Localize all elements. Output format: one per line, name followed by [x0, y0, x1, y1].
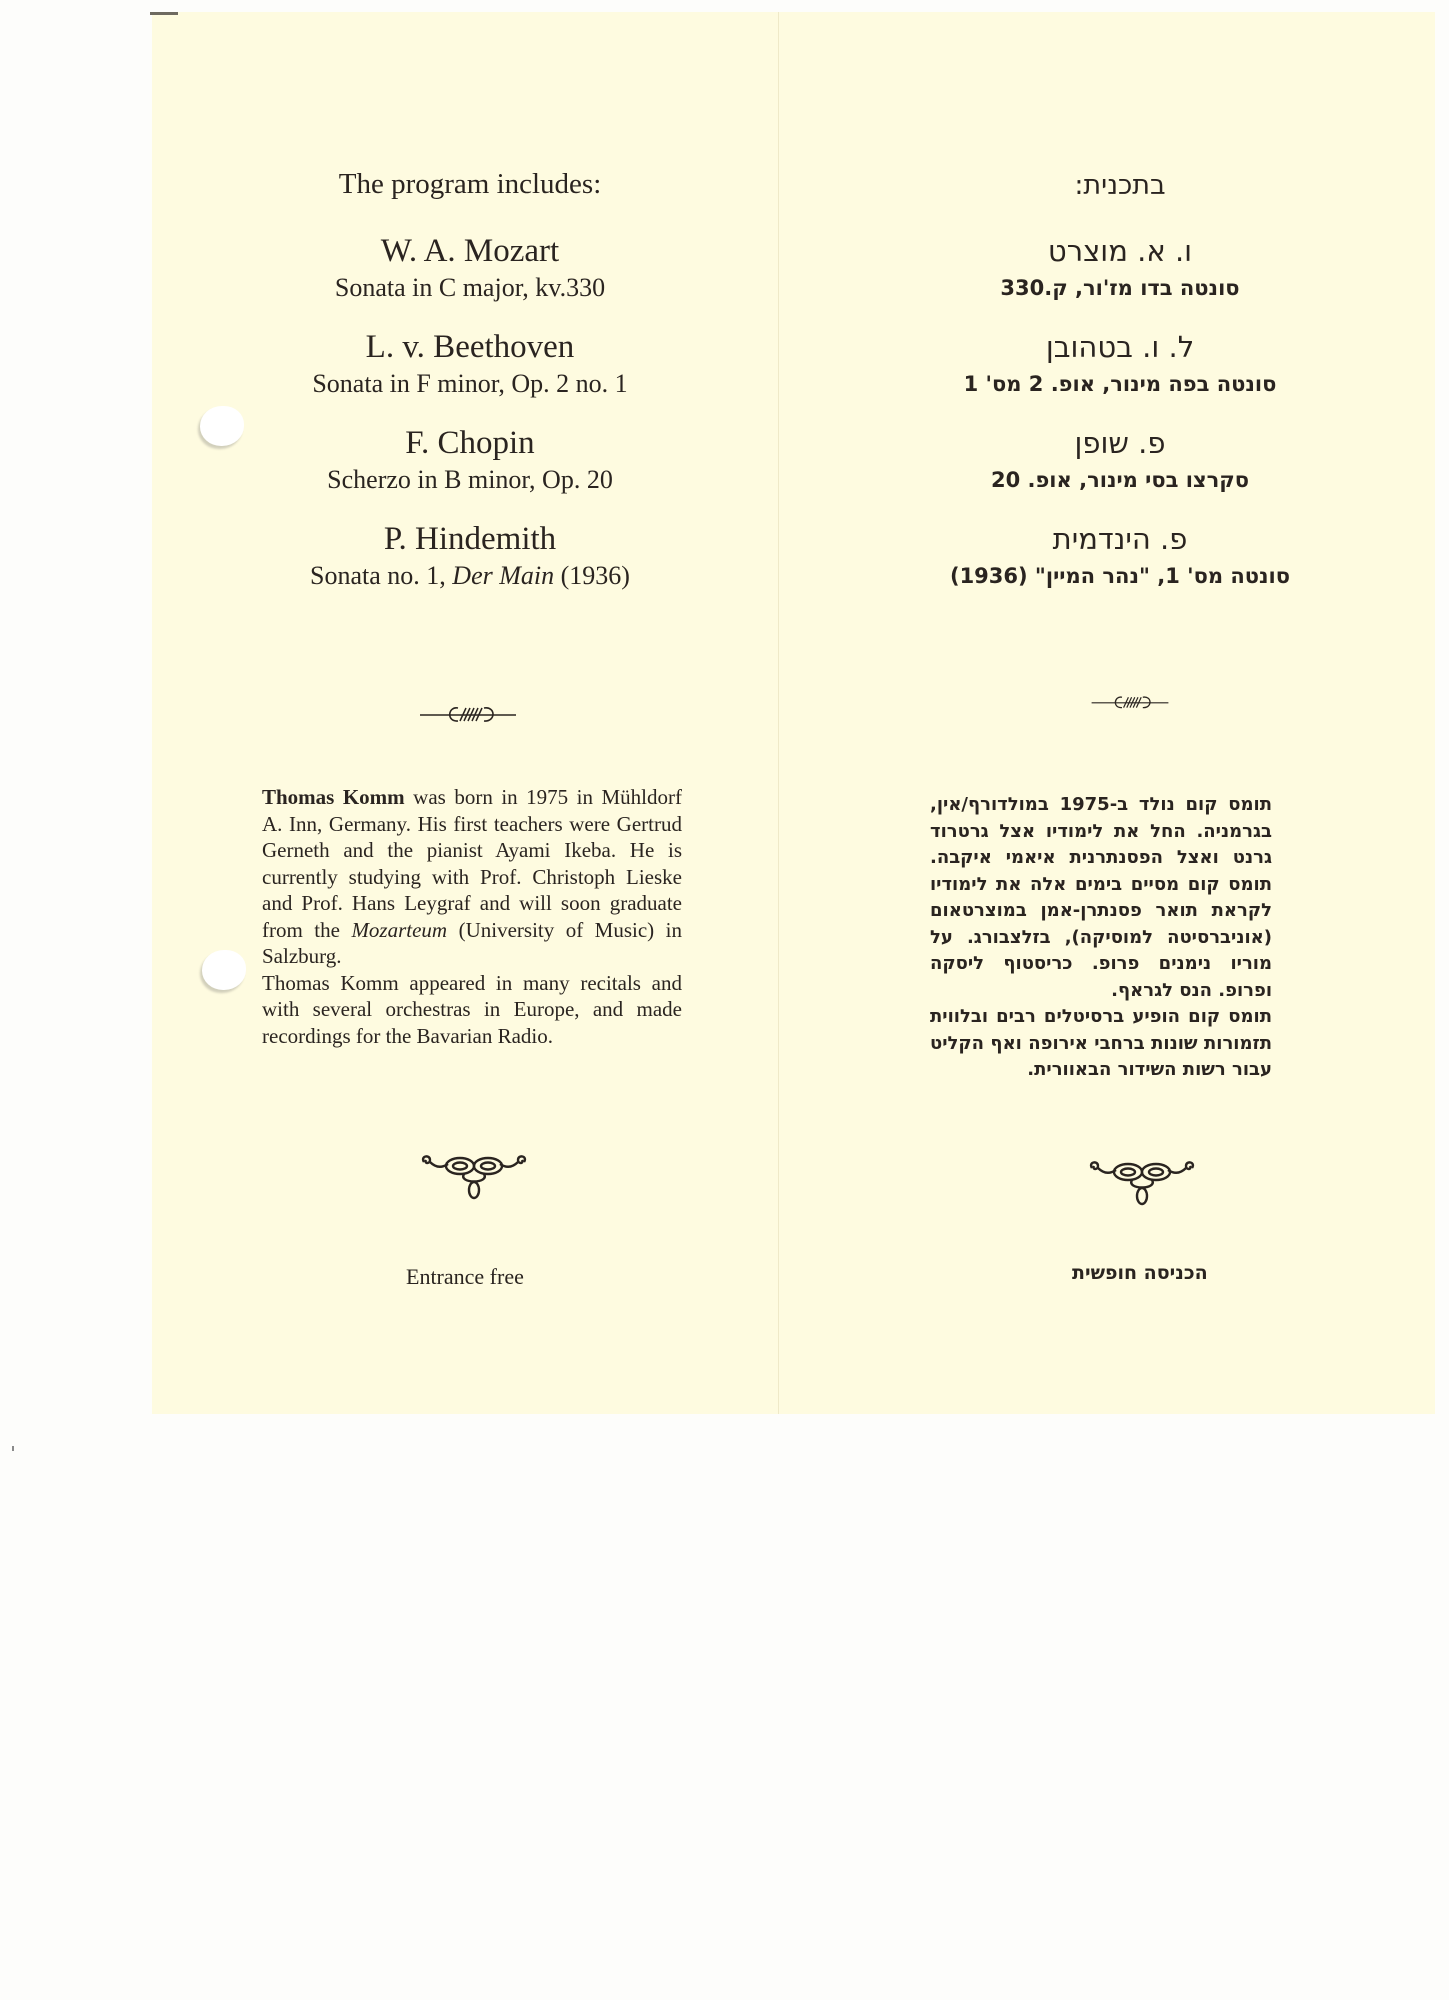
composer-name: פ. הינדמית [900, 519, 1340, 559]
program-hebrew: בתכנית: ו. א. מוצרט סונטה בדו מז'ור, ק.3… [900, 170, 1340, 615]
artist-name: Thomas Komm [262, 785, 405, 809]
program-item: P. Hindemith Sonata no. 1, Der Main (193… [240, 519, 700, 593]
bio-paragraph: תומס קום נולד ב-1975 במולדורף/אין, בגרמנ… [930, 792, 1272, 1004]
composer-name: ל. ו. בטהובן [900, 327, 1340, 367]
flourish-ornament-icon [1086, 1160, 1198, 1208]
bio-english: Thomas Komm was born in 1975 in Mühldorf… [262, 784, 682, 1049]
program-english: The program includes: W. A. Mozart Sonat… [240, 168, 700, 615]
divider-ornament-icon [418, 702, 518, 726]
entrance-note: Entrance free [406, 1264, 524, 1290]
institution-name: Mozarteum [351, 918, 447, 942]
work-year: (1936) [554, 561, 630, 590]
punch-hole-top [200, 406, 244, 446]
composer-name: L. v. Beethoven [240, 327, 700, 367]
program-item: פ. הינדמית סונטה מס' 1, "נהר המיין" (193… [900, 519, 1340, 593]
flourish-ornament-icon [418, 1154, 530, 1202]
work-title: Sonata no. 1, Der Main (1936) [240, 559, 700, 593]
bio-paragraph: תומס קום הופיע ברסיטלים רבים ובלווית תזמ… [930, 1004, 1272, 1084]
composer-name: W. A. Mozart [240, 231, 700, 271]
program-item: ל. ו. בטהובן סונטה בפה מינור, אופ. 2 מס'… [900, 327, 1340, 401]
program-item: ו. א. מוצרט סונטה בדו מז'ור, ק.330 [900, 231, 1340, 305]
scan-speck [12, 1446, 14, 1451]
work-title: סקרצו בסי מינור, אופ. 20 [900, 463, 1340, 497]
work-title: סונטה מס' 1, "נהר המיין" (1936) [900, 559, 1340, 593]
work-subtitle: Der Main [452, 561, 554, 590]
scan-edge-mark [150, 12, 178, 15]
work-title-prefix: Sonata no. 1, [310, 561, 452, 590]
composer-name: F. Chopin [240, 423, 700, 463]
work-title: Sonata in C major, kv.330 [240, 271, 700, 305]
composer-name: P. Hindemith [240, 519, 700, 559]
bio-paragraph: Thomas Komm appeared in many recitals an… [262, 970, 682, 1050]
fold-line [778, 12, 779, 1414]
program-heading: The program includes: [240, 168, 700, 201]
bio-paragraph: Thomas Komm was born in 1975 in Mühldorf… [262, 784, 682, 970]
work-title: Sonata in F minor, Op. 2 no. 1 [240, 367, 700, 401]
divider-ornament-icon [1090, 690, 1170, 714]
program-item: L. v. Beethoven Sonata in F minor, Op. 2… [240, 327, 700, 401]
program-item: F. Chopin Scherzo in B minor, Op. 20 [240, 423, 700, 497]
work-title: סונטה בדו מז'ור, ק.330 [900, 271, 1340, 305]
composer-name: ו. א. מוצרט [900, 231, 1340, 271]
program-item: W. A. Mozart Sonata in C major, kv.330 [240, 231, 700, 305]
bio-hebrew: תומס קום נולד ב-1975 במולדורף/אין, בגרמנ… [930, 792, 1272, 1084]
punch-hole-bottom [202, 950, 246, 990]
program-item: פ. שופן סקרצו בסי מינור, אופ. 20 [900, 423, 1340, 497]
composer-name: פ. שופן [900, 423, 1340, 463]
work-title: סונטה בפה מינור, אופ. 2 מס' 1 [900, 367, 1340, 401]
program-heading: בתכנית: [900, 170, 1340, 201]
entrance-note: הכניסה חופשית [1072, 1262, 1208, 1284]
work-title: Scherzo in B minor, Op. 20 [240, 463, 700, 497]
